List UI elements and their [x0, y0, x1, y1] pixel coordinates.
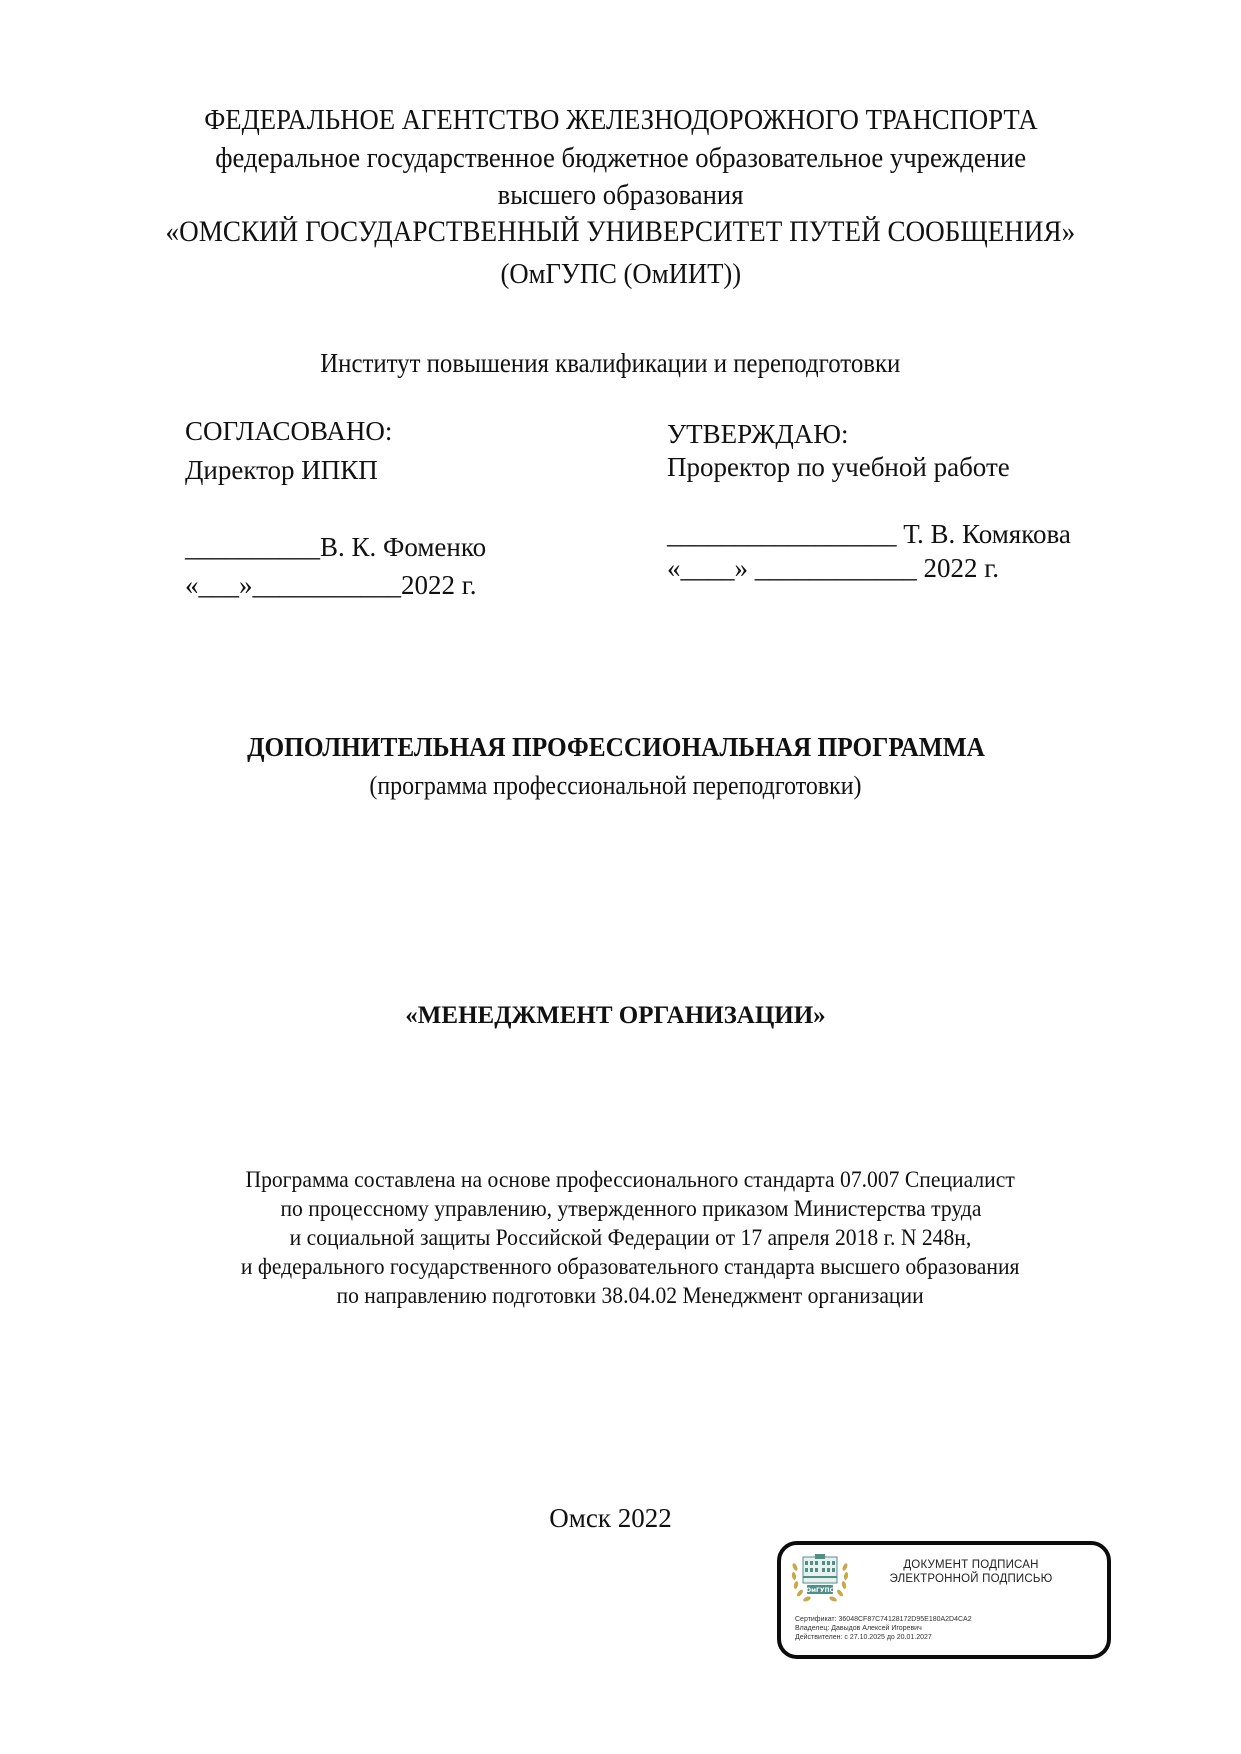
- electronic-signature-stamp: ОмГУПС ДОКУМЕНТ ПОДПИСАН ЭЛЕКТРОННОЙ ПОД…: [777, 1541, 1111, 1659]
- stamp-heading: ДОКУМЕНТ ПОДПИСАН ЭЛЕКТРОННОЙ ПОДПИСЬЮ: [861, 1558, 1081, 1586]
- approved-heading: УТВЕРЖДАЮ:: [667, 419, 849, 450]
- approved-position: Проректор по учебной работе: [667, 452, 1010, 483]
- agreed-position: Директор ИПКП: [185, 455, 378, 486]
- university-abbr: (ОмГУПС (ОмИИТ)): [0, 258, 1241, 291]
- svg-text:ОмГУПС: ОмГУПС: [806, 1587, 834, 1594]
- basis-line: Программа составлена на основе профессио…: [10, 1167, 1241, 1194]
- university-name: «ОМСКИЙ ГОСУДАРСТВЕННЫЙ УНИВЕРСИТЕТ ПУТЕ…: [0, 216, 1241, 249]
- program-title: ДОПОЛНИТЕЛЬНАЯ ПРОФЕССИОНАЛЬНАЯ ПРОГРАММ…: [0, 731, 1236, 763]
- agreed-heading: СОГЛАСОВАНО:: [185, 416, 392, 447]
- stamp-certificate: Сертификат: 36048CF87C74128172D95E180A2D…: [795, 1615, 972, 1624]
- stamp-owner: Владелец: Давыдов Алексей Игоревич: [795, 1624, 972, 1633]
- stamp-validity: Действителен: с 27.10.2025 до 20.01.2027: [795, 1633, 972, 1642]
- university-logo-icon: ОмГУПС: [789, 1551, 851, 1607]
- basis-line: по процессному управлению, утвержденного…: [10, 1196, 1241, 1223]
- stamp-certificate-info: Сертификат: 36048CF87C74128172D95E180A2D…: [795, 1615, 972, 1642]
- agreed-signature-line: __________В. К. Фоменко: [185, 532, 486, 563]
- stamp-heading-line2: ЭЛЕКТРОННОЙ ПОДПИСЬЮ: [861, 1572, 1081, 1586]
- institute-name: Институт повышения квалификации и перепо…: [0, 348, 1231, 379]
- city-year: Омск 2022: [0, 1503, 1241, 1534]
- agreed-date-line: «___»___________2022 г.: [185, 570, 477, 601]
- approved-signature-line: _________________ Т. В. Комякова: [667, 519, 1071, 550]
- program-name: «МЕНЕДЖМЕНТ ОРГАНИЗАЦИИ»: [0, 1002, 1236, 1030]
- institution-type-line2: высшего образования: [0, 179, 1241, 212]
- stamp-heading-line1: ДОКУМЕНТ ПОДПИСАН: [861, 1558, 1081, 1572]
- basis-line: по направлению подготовки 38.04.02 Менед…: [10, 1283, 1241, 1310]
- approved-date-line: «____» ____________ 2022 г.: [667, 553, 999, 584]
- program-subtitle: (программа профессиональной переподготов…: [0, 771, 1236, 801]
- basis-line: и социальной защиты Российской Федерации…: [10, 1225, 1241, 1252]
- institution-type-line1: федеральное государственное бюджетное об…: [0, 142, 1241, 175]
- agency-name: ФЕДЕРАЛЬНОЕ АГЕНТСТВО ЖЕЛЕЗНОДОРОЖНОГО Т…: [0, 104, 1241, 137]
- basis-line: и федерального государственного образова…: [10, 1254, 1241, 1281]
